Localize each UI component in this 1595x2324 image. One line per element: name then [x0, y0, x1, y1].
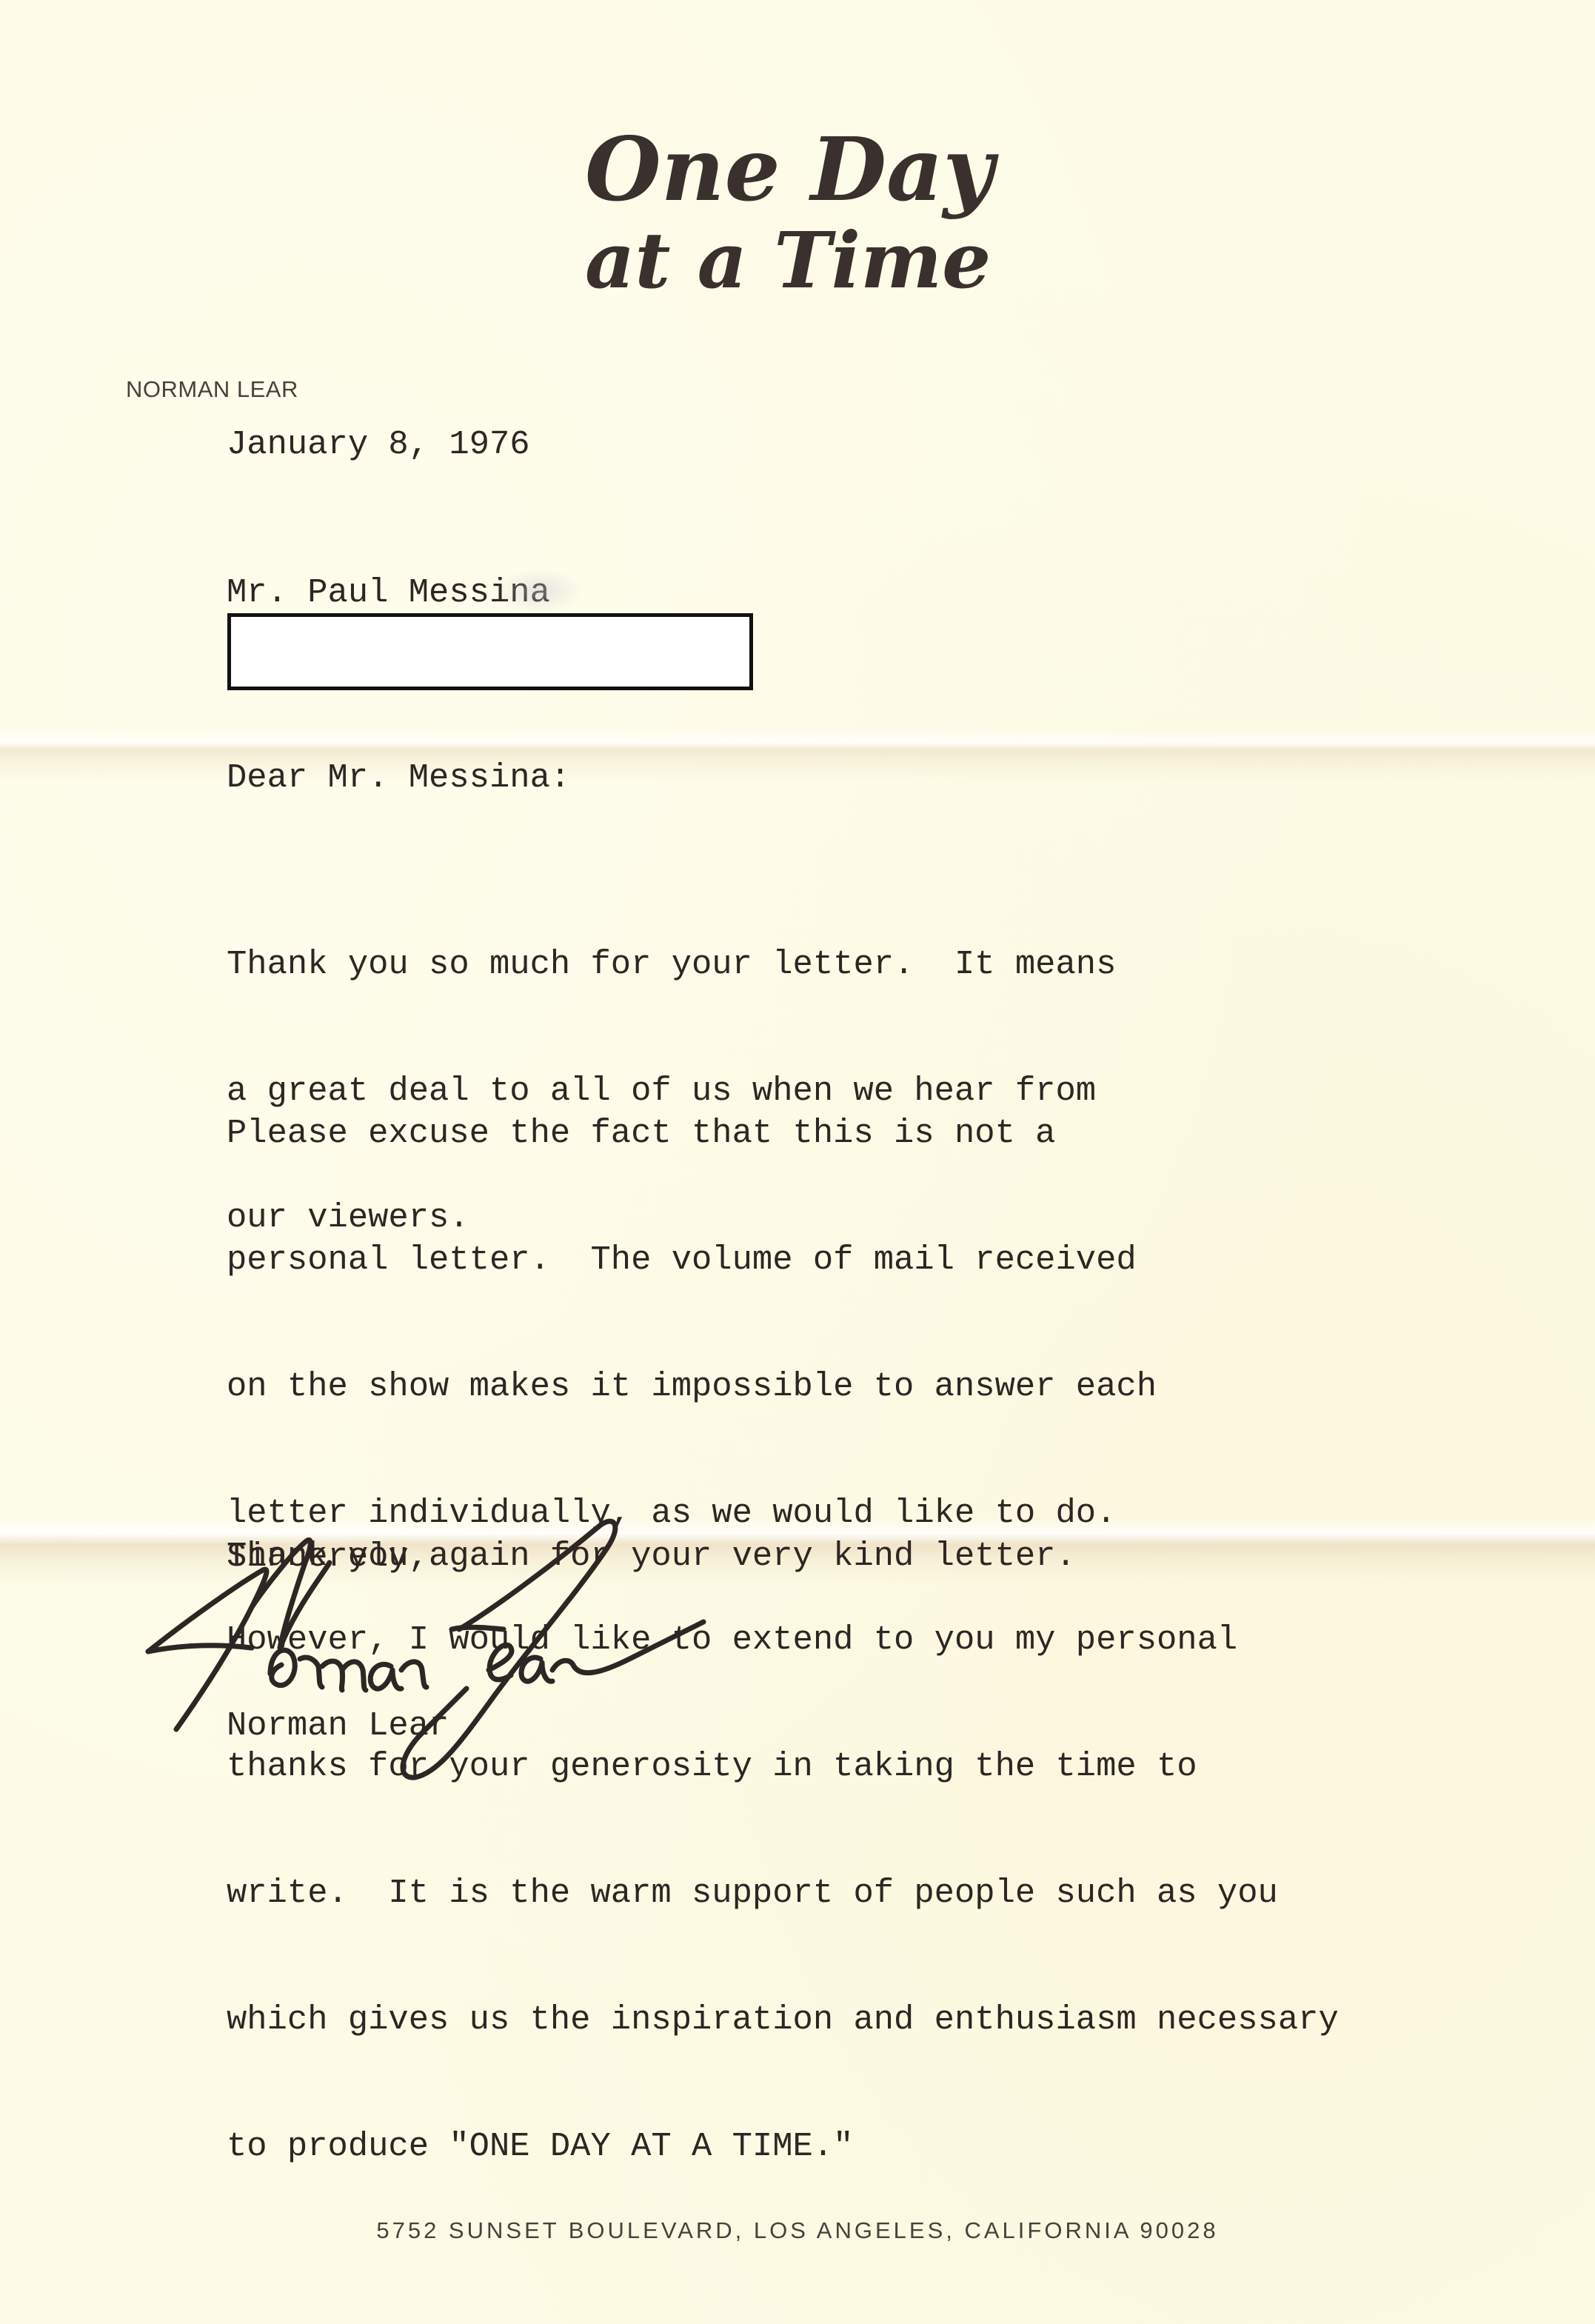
show-logo: One Day at a Time: [578, 118, 1022, 304]
paragraph-line: Thank you so much for your letter. It me…: [227, 944, 1116, 986]
redacted-address-box: [227, 613, 753, 690]
paragraph-line: Please excuse the fact that this is not …: [227, 1112, 1339, 1155]
one-day-at-a-time-logo-icon: One Day at a Time: [578, 118, 1022, 304]
paragraph-line: personal letter. The volume of mail rece…: [227, 1239, 1339, 1281]
logo-line-2: at a Time: [585, 215, 991, 304]
footer-address: 5752 SUNSET BOULEVARD, LOS ANGELES, CALI…: [0, 2217, 1595, 2244]
recipient-name: Mr. Paul Messina: [227, 572, 550, 614]
paragraph-line: to produce "ONE DAY AT A TIME.": [227, 2126, 1339, 2168]
salutation: Dear Mr. Messina:: [227, 757, 570, 799]
letter-page: One Day at a Time NORMAN LEAR January 8,…: [0, 0, 1595, 2324]
signature-icon: [141, 1518, 837, 1800]
letterhead-sender-name: NORMAN LEAR: [126, 376, 298, 403]
logo-line-1: One Day: [585, 118, 1000, 221]
letter-date: January 8, 1976: [227, 424, 530, 466]
paragraph-line: which gives us the inspiration and enthu…: [227, 1999, 1339, 2041]
paragraph-line: write. It is the warm support of people …: [227, 1872, 1339, 1914]
paragraph-line: on the show makes it impossible to answe…: [227, 1366, 1339, 1408]
